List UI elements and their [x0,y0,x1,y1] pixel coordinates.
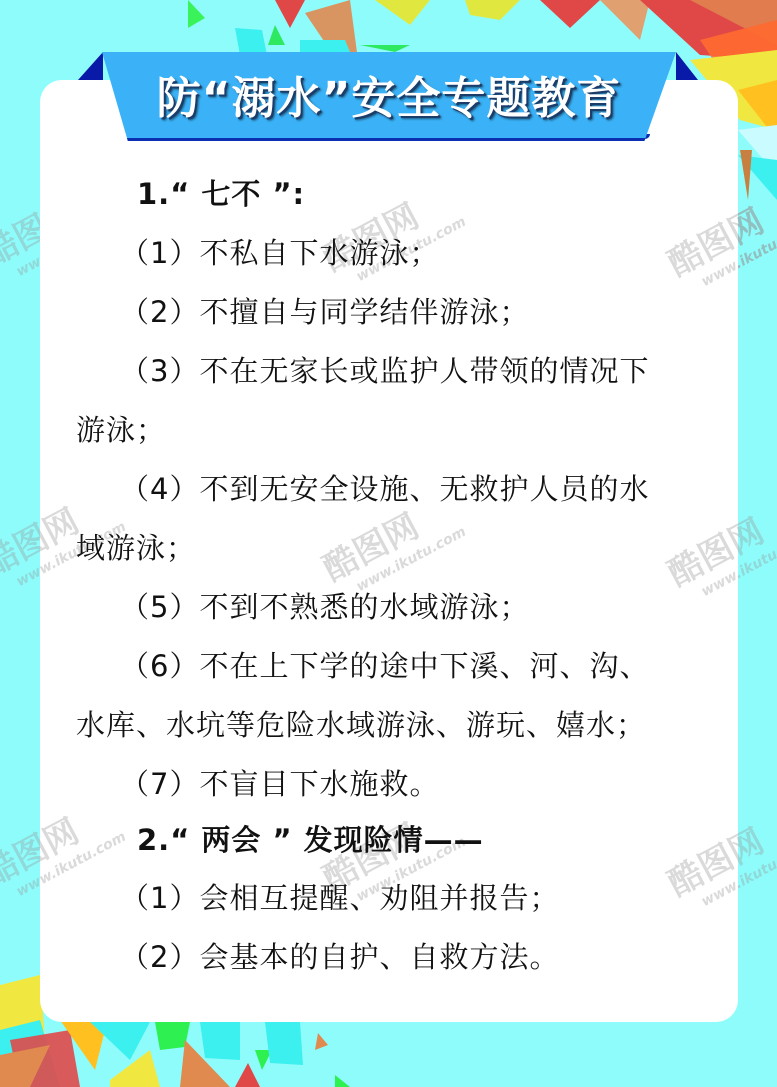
list-item: （5）不到不熟悉的水域游泳； [120,585,529,626]
list-item: （1）会相互提醒、劝阻并报告； [120,876,559,917]
banner-fold-right [676,52,698,80]
list-item: （3）不在无家长或监护人带领的情况下 [120,349,649,390]
list-item: （1）不私自下水游泳； [120,231,439,272]
list-item: （2）会基本的自护、自救方法。 [120,935,559,976]
list-item: （4）不到无安全设施、无救护人员的水 [120,467,649,508]
title-banner: 防“溺水”安全专题教育 [78,52,698,142]
section-heading: 2.“ 两会 ” 发现险情—— [137,818,484,859]
page-title: 防“溺水”安全专题教育 [102,62,676,126]
banner-fold-left [78,52,103,80]
list-item: （7）不盲目下水施救。 [120,762,439,803]
list-item-continuation: 游泳； [76,408,166,449]
list-item: （2）不擅自与同学结伴游泳； [120,290,529,331]
list-item-continuation: 域游泳； [76,526,196,567]
section-heading: 1.“ 七不 ”: [137,172,305,213]
list-item-continuation: 水库、水坑等危险水域游泳、游玩、嬉水； [76,703,646,744]
list-item: （6）不在上下学的途中下溪、河、沟、 [120,644,649,685]
